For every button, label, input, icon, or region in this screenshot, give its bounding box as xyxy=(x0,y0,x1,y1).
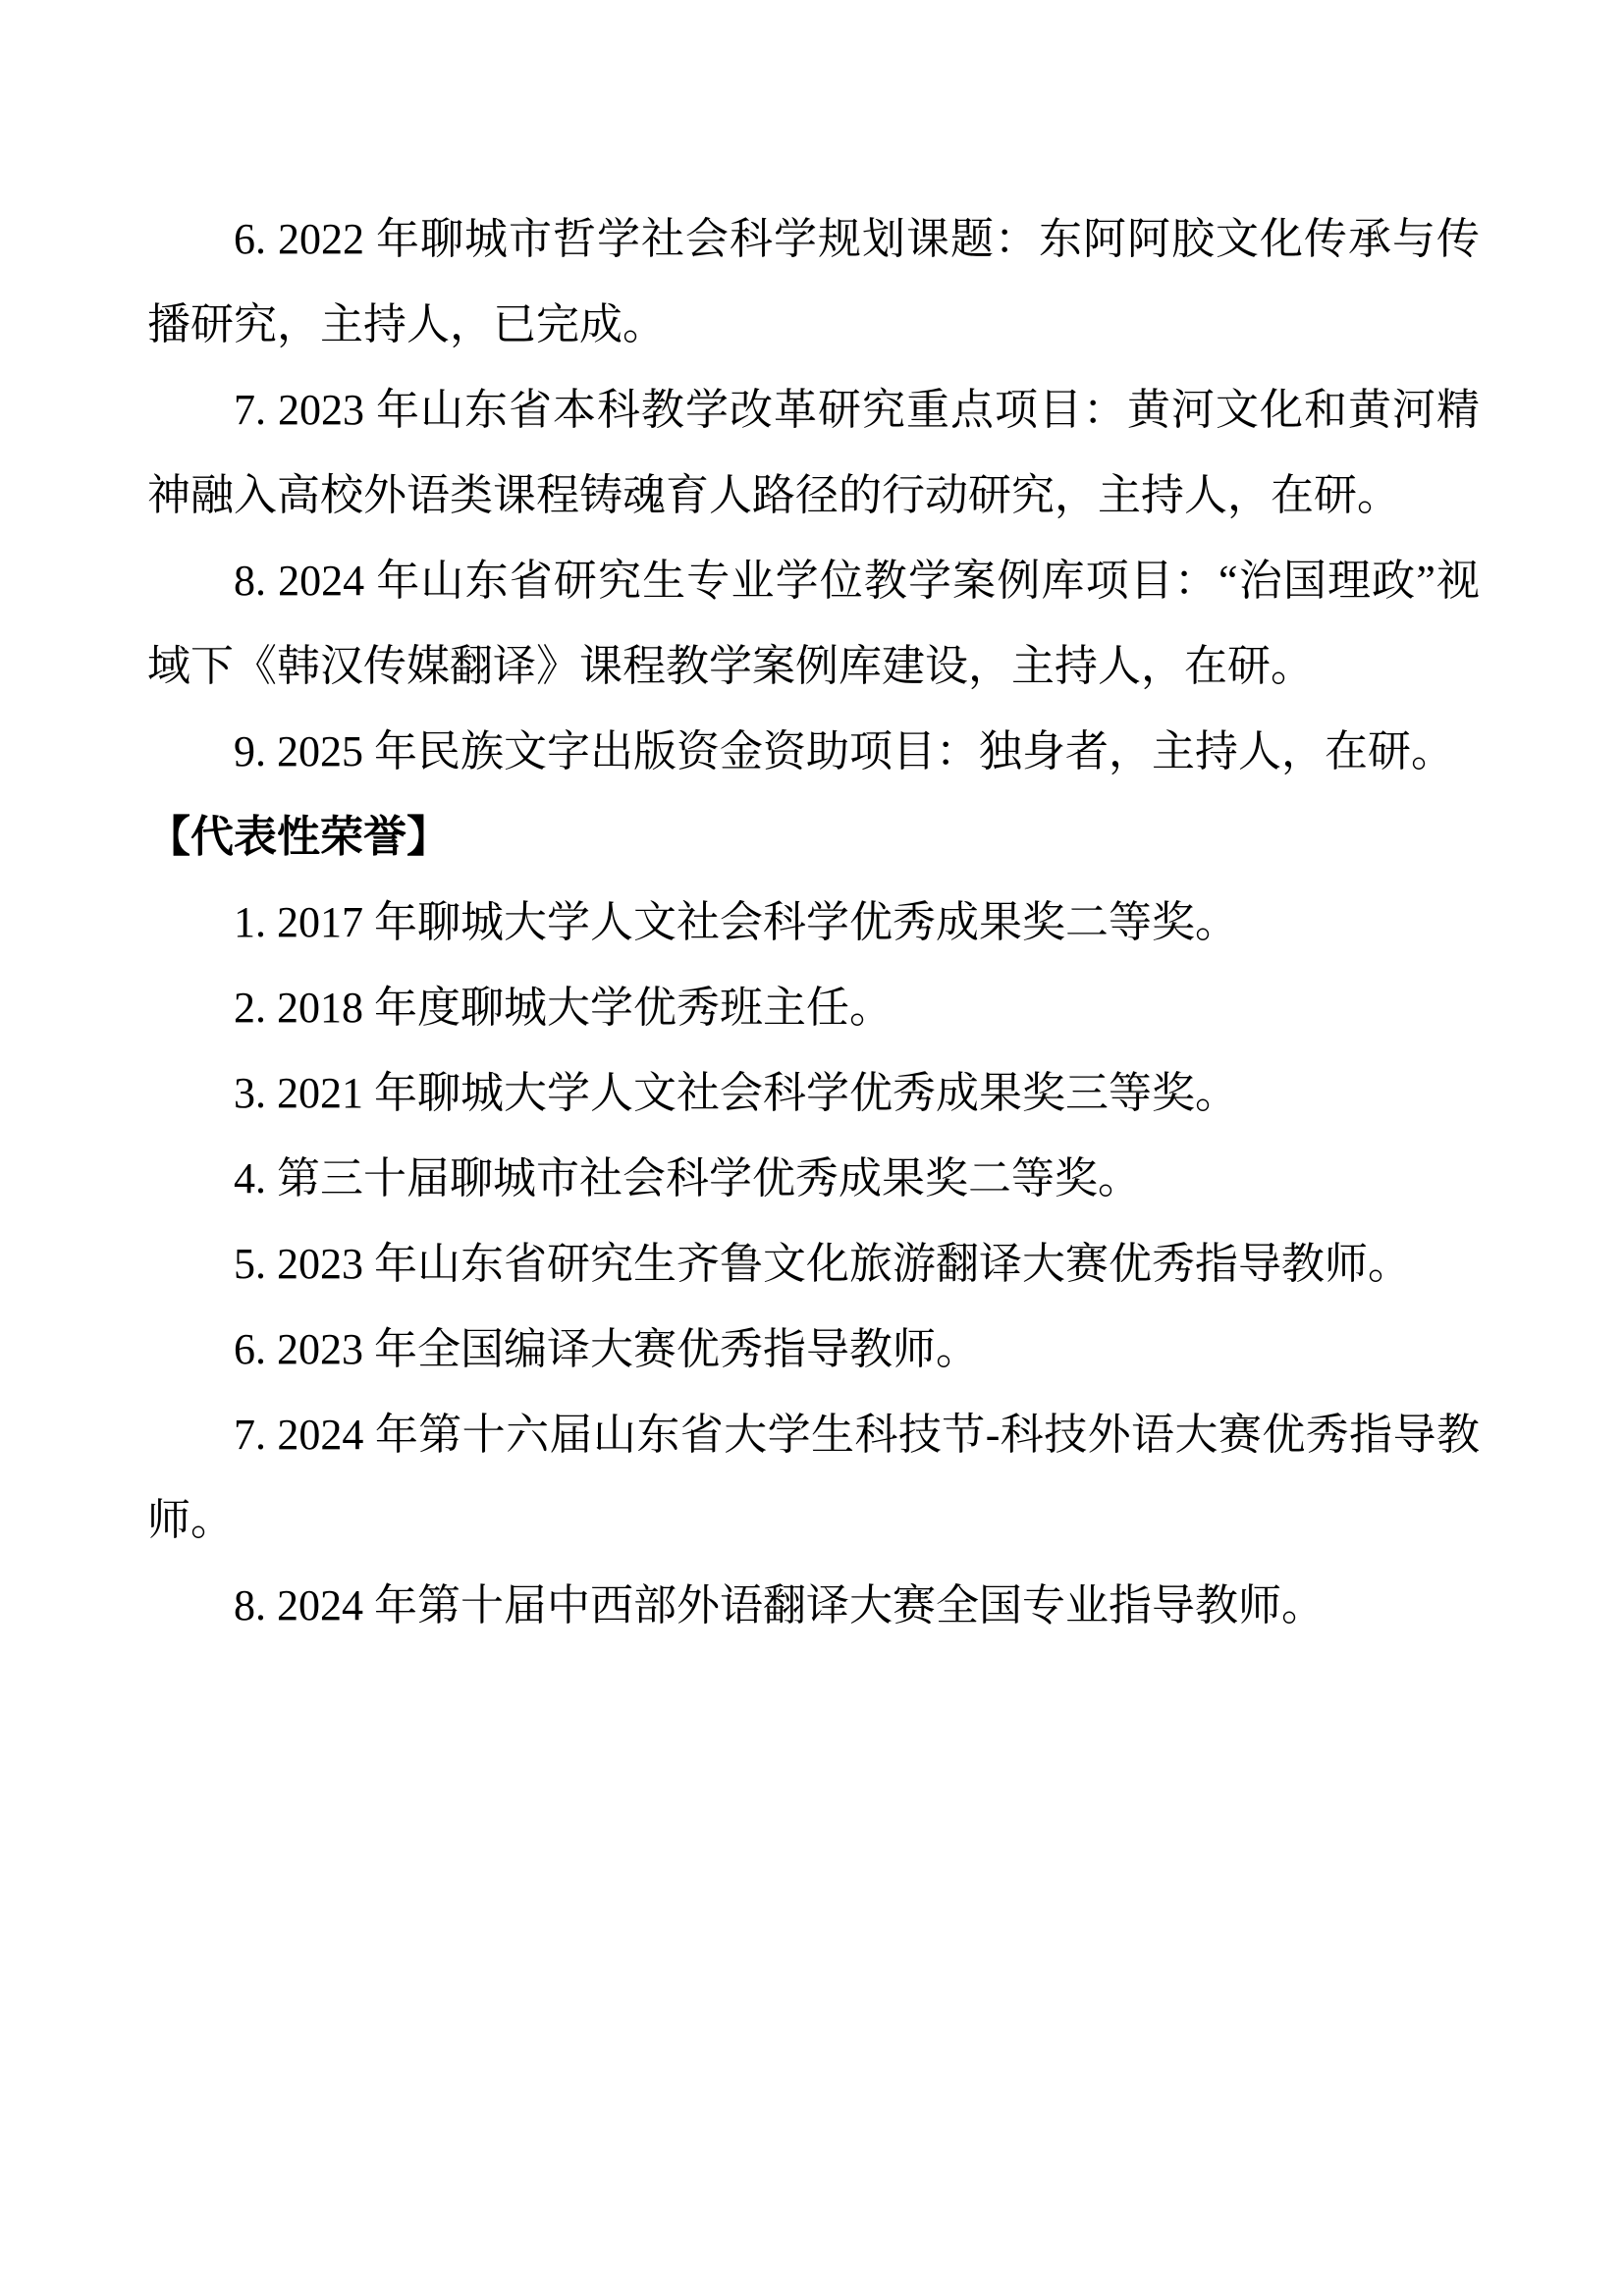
project-item-8: 8. 2024 年山东省研究生专业学位教学案例库项目：“治国理政”视域下《韩汉传… xyxy=(147,538,1480,709)
document-page: 6. 2022 年聊城市哲学社会科学规划课题：东阿阿胶文化传承与传播研究，主持人… xyxy=(0,0,1624,2296)
honors-section-heading: 【代表性荣誉】 xyxy=(147,794,1480,880)
honor-item-4: 4. 第三十届聊城市社会科学优秀成果奖二等奖。 xyxy=(147,1136,1480,1221)
project-item-7: 7. 2023 年山东省本科教学改革研究重点项目：黄河文化和黄河精神融入高校外语… xyxy=(147,367,1480,538)
honor-item-2: 2. 2018 年度聊城大学优秀班主任。 xyxy=(147,965,1480,1050)
honor-item-7: 7. 2024 年第十六届山东省大学生科技节-科技外语大赛优秀指导教师。 xyxy=(147,1392,1480,1563)
document-content: 6. 2022 年聊城市哲学社会科学规划课题：东阿阿胶文化传承与传播研究，主持人… xyxy=(147,196,1480,1648)
honor-item-5: 5. 2023 年山东省研究生齐鲁文化旅游翻译大赛优秀指导教师。 xyxy=(147,1221,1480,1307)
project-item-9: 9. 2025 年民族文字出版资金资助项目：独身者，主持人，在研。 xyxy=(147,709,1480,794)
honor-item-8: 8. 2024 年第十届中西部外语翻译大赛全国专业指导教师。 xyxy=(147,1563,1480,1648)
honor-item-3: 3. 2021 年聊城大学人文社会科学优秀成果奖三等奖。 xyxy=(147,1050,1480,1136)
honor-item-1: 1. 2017 年聊城大学人文社会科学优秀成果奖二等奖。 xyxy=(147,880,1480,965)
honor-item-6: 6. 2023 年全国编译大赛优秀指导教师。 xyxy=(147,1307,1480,1392)
project-item-6: 6. 2022 年聊城市哲学社会科学规划课题：东阿阿胶文化传承与传播研究，主持人… xyxy=(147,196,1480,367)
